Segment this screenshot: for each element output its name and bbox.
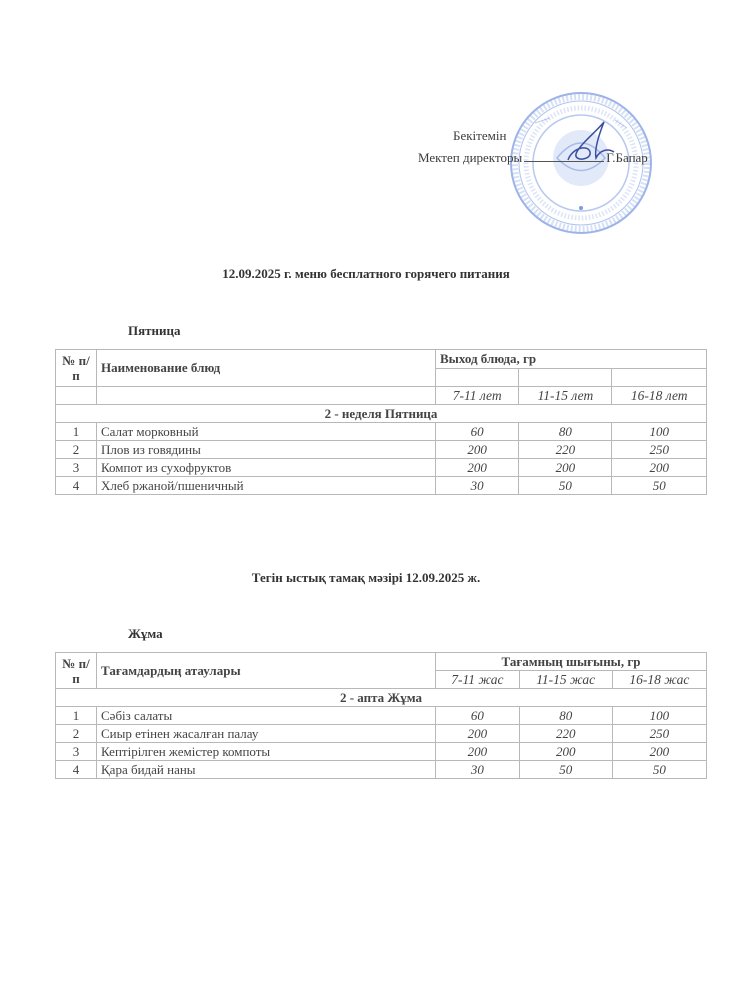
col-header-name: Тағамдардың атаулары [97, 653, 436, 689]
director-label: Мектеп директоры [418, 150, 522, 165]
portion-value: 250 [612, 441, 707, 459]
table-row: 3 Компот из сухофруктов 200 200 200 [56, 459, 707, 477]
col-header-output: Выход блюда, гр [436, 350, 707, 369]
table-row: 2 Сиыр етінен жасалған палау 200 220 250 [56, 725, 707, 743]
portion-value: 200 [519, 459, 612, 477]
portion-value: 50 [519, 477, 612, 495]
dish-name: Сәбіз салаты [97, 707, 436, 725]
row-num: 3 [56, 459, 97, 477]
portion-value: 30 [436, 477, 519, 495]
table-row: 2 Плов из говядины 200 220 250 [56, 441, 707, 459]
portion-value: 100 [612, 423, 707, 441]
table-row: 4 Хлеб ржаной/пшеничный 30 50 50 [56, 477, 707, 495]
portion-value: 30 [436, 761, 520, 779]
week-label: 2 - апта Жұма [56, 689, 707, 707]
menu-table-ru: № п/п Наименование блюд Выход блюда, гр … [55, 349, 707, 495]
portion-value: 200 [436, 743, 520, 761]
age-group-header: 16-18 лет [612, 387, 707, 405]
portion-value: 50 [612, 477, 707, 495]
portion-value: 200 [612, 459, 707, 477]
dish-name: Компот из сухофруктов [97, 459, 436, 477]
row-num: 4 [56, 761, 97, 779]
col-header-num: № п/п [56, 350, 97, 387]
portion-value: 80 [519, 707, 612, 725]
portion-value: 200 [436, 441, 519, 459]
menu-title-kz: Тегін ыстық тамақ мәзірі 12.09.2025 ж. [0, 570, 732, 586]
portion-value: 80 [519, 423, 612, 441]
empty-cell [436, 369, 519, 387]
portion-value: 200 [436, 459, 519, 477]
portion-value: 60 [436, 423, 519, 441]
menu-title-ru: 12.09.2025 г. меню бесплатного горячего … [0, 266, 732, 282]
table-row: 3 Кептірілген жемістер компоты 200 200 2… [56, 743, 707, 761]
portion-value: 60 [436, 707, 520, 725]
dish-name: Салат морковный [97, 423, 436, 441]
week-label: 2 - неделя Пятница [56, 405, 707, 423]
row-num: 1 [56, 707, 97, 725]
table-row: 4 Қара бидай наны 30 50 50 [56, 761, 707, 779]
table-row: 1 Салат морковный 60 80 100 [56, 423, 707, 441]
dish-name: Сиыр етінен жасалған палау [97, 725, 436, 743]
approval-label: Бекітемін [453, 128, 506, 144]
portion-value: 250 [612, 725, 706, 743]
col-header-name: Наименование блюд [97, 350, 436, 387]
empty-cell [97, 387, 436, 405]
dish-name: Кептірілген жемістер компоты [97, 743, 436, 761]
dish-name: Қара бидай наны [97, 761, 436, 779]
age-group-header: 7-11 лет [436, 387, 519, 405]
row-num: 2 [56, 725, 97, 743]
col-header-output: Тағамның шығыны, гр [436, 653, 707, 671]
row-num: 3 [56, 743, 97, 761]
portion-value: 100 [612, 707, 706, 725]
day-label-ru: Пятница [128, 323, 181, 339]
row-num: 4 [56, 477, 97, 495]
dish-name: Хлеб ржаной/пшеничный [97, 477, 436, 495]
signature-icon [560, 118, 620, 168]
col-header-num: № п/п [56, 653, 97, 689]
menu-table-kz: № п/п Тағамдардың атаулары Тағамның шығы… [55, 652, 707, 779]
empty-cell [612, 369, 707, 387]
portion-value: 50 [519, 761, 612, 779]
portion-value: 200 [519, 743, 612, 761]
table-row: 1 Сәбіз салаты 60 80 100 [56, 707, 707, 725]
portion-value: 50 [612, 761, 706, 779]
age-group-header: 11-15 жас [519, 671, 612, 689]
portion-value: 220 [519, 725, 612, 743]
age-group-header: 16-18 жас [612, 671, 706, 689]
age-group-header: 7-11 жас [436, 671, 520, 689]
portion-value: 220 [519, 441, 612, 459]
portion-value: 200 [612, 743, 706, 761]
portion-value: 200 [436, 725, 520, 743]
row-num: 1 [56, 423, 97, 441]
empty-cell [519, 369, 612, 387]
dish-name: Плов из говядины [97, 441, 436, 459]
row-num: 2 [56, 441, 97, 459]
empty-cell [56, 387, 97, 405]
age-group-header: 11-15 лет [519, 387, 612, 405]
day-label-kz: Жұма [128, 626, 163, 642]
